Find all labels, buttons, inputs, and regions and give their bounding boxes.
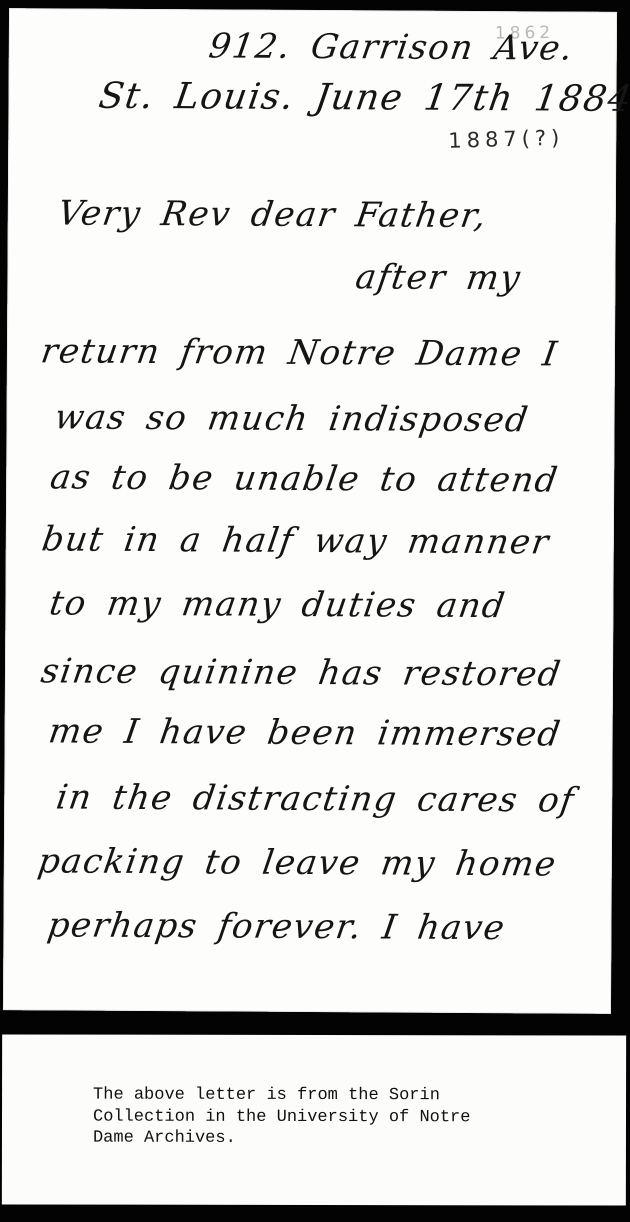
- caption-strip: The above letter is from the Sorin Colle…: [2, 1034, 626, 1205]
- caption-line: Collection in the University of Notre: [93, 1106, 471, 1128]
- scanned-letter-page: 1862 912. Garrison Ave. St. Louis. June …: [0, 0, 630, 1222]
- letter-paper: 1862 912. Garrison Ave. St. Louis. June …: [3, 8, 617, 1014]
- caption-text: The above letter is from the Sorin Colle…: [93, 1085, 471, 1150]
- body-line: since quinine has restored: [39, 654, 564, 691]
- body-line: in the distracting cares of: [54, 780, 577, 817]
- date-annotation: 1887(?): [448, 126, 565, 153]
- caption-line: The above letter is from the Sorin: [93, 1085, 471, 1107]
- body-line: was so much indisposed: [52, 400, 531, 437]
- caption-line: Dame Archives.: [93, 1128, 471, 1150]
- body-line: but in a half way manner: [40, 522, 552, 559]
- body-line: return from Notre Dame I: [39, 334, 560, 371]
- opening-phrase: after my: [353, 260, 523, 295]
- date-line: St. Louis. June 17th 1884.: [96, 79, 630, 118]
- salutation-line: Very Rev dear Father,: [56, 196, 490, 233]
- body-line: perhaps forever. I have: [45, 908, 507, 945]
- body-line: packing to leave my home: [36, 844, 559, 881]
- address-line: 912. Garrison Ave.: [207, 29, 576, 65]
- body-line: as to be unable to attend: [48, 460, 561, 497]
- body-line: to my many duties and: [47, 586, 508, 623]
- body-line: me I have been immersed: [47, 714, 564, 751]
